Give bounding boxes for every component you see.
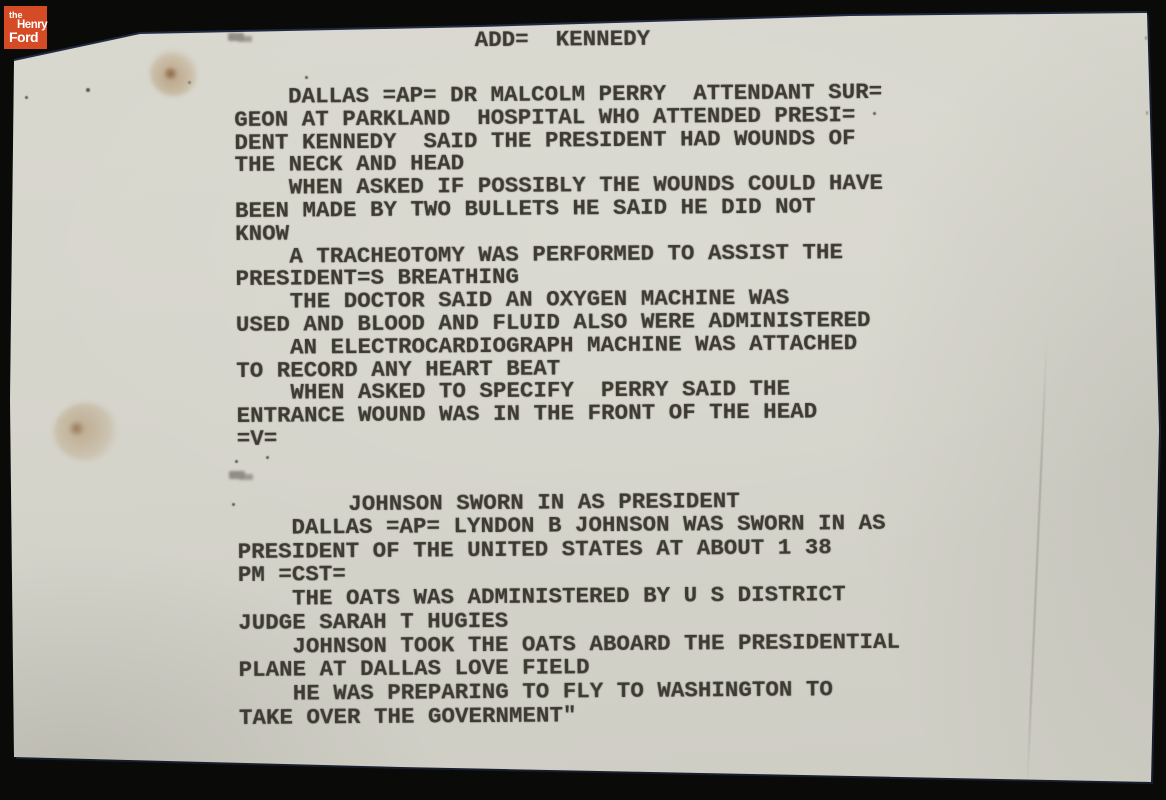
text-line: ENTRANCE WOUND WAS IN THE FRONT OF THE H… xyxy=(237,400,885,428)
text-line: PRESIDENT OF THE UNITED STATES AT ABOUT … xyxy=(238,535,900,564)
text-line: A TRACHEOTOMY WAS PERFORMED TO ASSIST TH… xyxy=(235,240,883,268)
text-line: BEEN MADE BY TWO BULLETS HE SAID HE DID … xyxy=(235,195,883,223)
text-line: THE OATS WAS ADMINISTERED BY U S DISTRIC… xyxy=(238,583,900,612)
bulletin-1-body: DALLAS =AP= DR MALCOLM PERRY ATTENDANT S… xyxy=(234,81,885,451)
henry-ford-logo: the Henry Ford xyxy=(4,6,47,49)
logo-word-ford: Ford xyxy=(9,31,47,44)
text-line: DENT KENNEDY SAID THE PRESIDENT HAD WOUN… xyxy=(234,127,882,155)
photo-background: ADD= KENNEDY DALLAS =AP= DR MALCOLM PERR… xyxy=(0,0,1166,800)
text-line: TAKE OVER THE GOVERNMENT" xyxy=(239,701,901,730)
typed-text-area: ADD= KENNEDY DALLAS =AP= DR MALCOLM PERR… xyxy=(0,0,1166,800)
telegram-paper: ADD= KENNEDY DALLAS =AP= DR MALCOLM PERR… xyxy=(0,0,1166,800)
bulletin-1-heading: ADD= KENNEDY xyxy=(475,26,651,53)
bulletin-2-body: DALLAS =AP= LYNDON B JOHNSON WAS SWORN I… xyxy=(237,512,900,731)
